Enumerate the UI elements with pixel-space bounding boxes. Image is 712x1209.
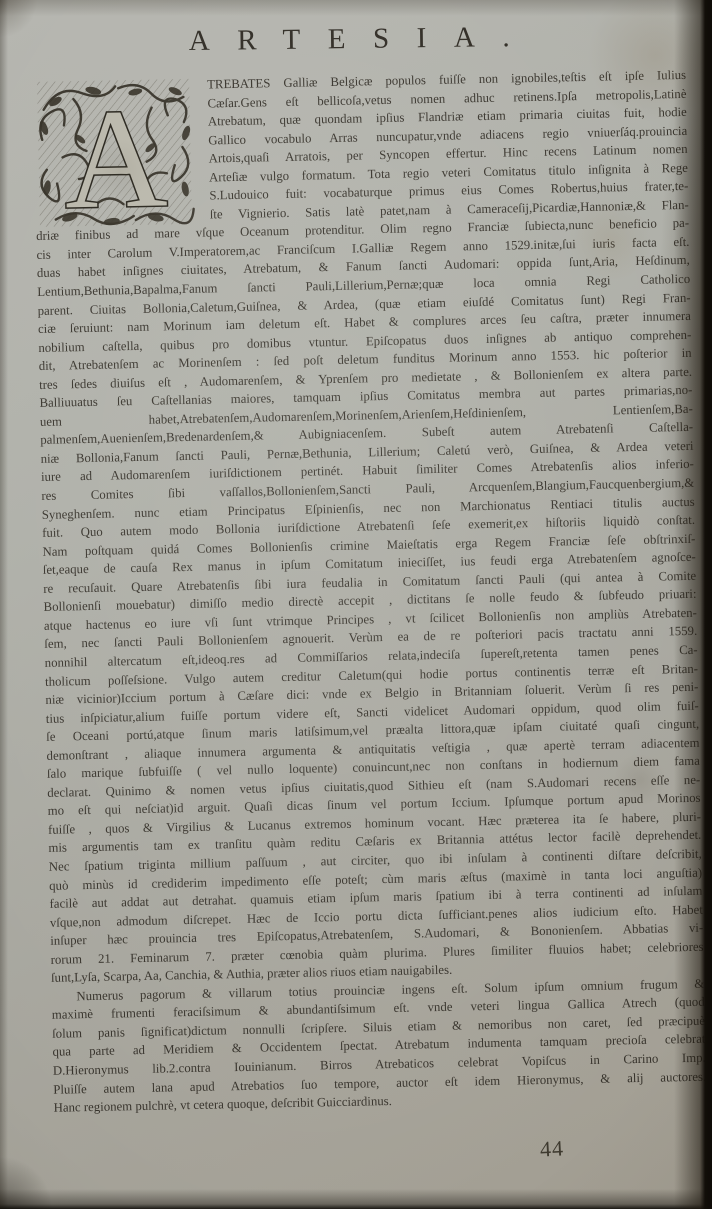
woodcut-initial-a-icon: A xyxy=(33,77,198,230)
drop-cap-letter: A xyxy=(63,78,169,230)
paragraph-1: A TREBATES Galliæ Belgicæ populos fuiſſe… xyxy=(33,66,704,988)
paragraph-2: Numerus pagorum & villarum totius prouin… xyxy=(51,975,706,1118)
body-text: A TREBATES Galliæ Belgicæ populos fuiſſe… xyxy=(33,66,707,1118)
page-number: 44 xyxy=(539,1135,564,1162)
drop-cap-initial: A xyxy=(33,76,210,226)
